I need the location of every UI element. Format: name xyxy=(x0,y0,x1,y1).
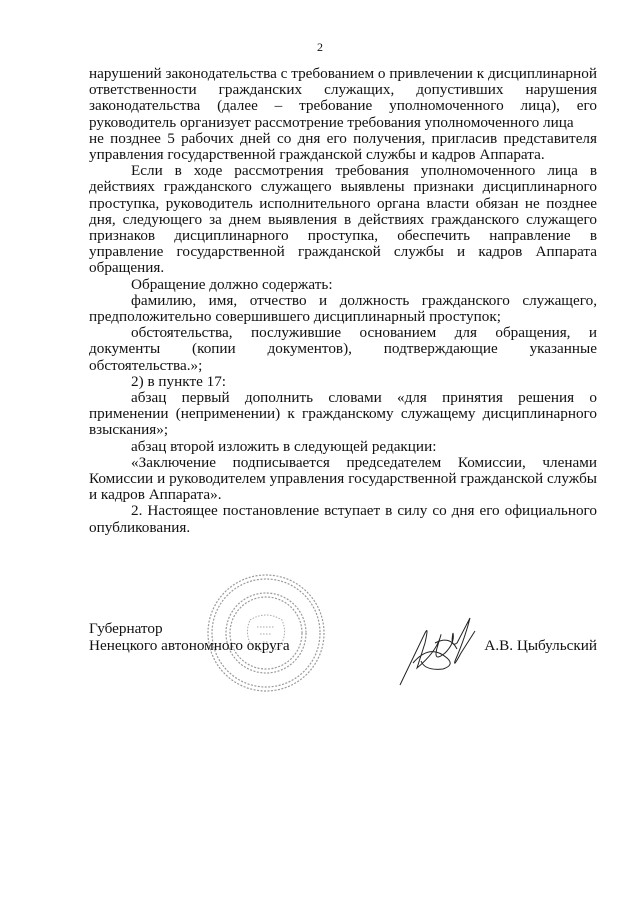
paragraph: обстоятельства, послужившие основанием д… xyxy=(89,325,597,374)
paragraph: «Заключение подписывается председателем … xyxy=(89,455,597,504)
paragraph: нарушений законодательства с требованием… xyxy=(89,66,597,131)
signatory-title: Губернатор xyxy=(89,620,290,637)
paragraph: Обращение должно содержать: xyxy=(89,277,597,293)
paragraph: 2. Настоящее постановление вступает в си… xyxy=(89,503,597,535)
document-body: нарушений законодательства с требованием… xyxy=(89,66,597,536)
paragraph: 2) в пункте 17: xyxy=(89,374,597,390)
paragraph: Если в ходе рассмотрения требования упол… xyxy=(89,163,597,276)
paragraph: не позднее 5 рабочих дней со дня его пол… xyxy=(89,131,597,163)
signatory-region: Ненецкого автономного округа xyxy=(89,637,290,654)
handwritten-signature-icon xyxy=(395,613,495,688)
page-number: 2 xyxy=(0,40,640,55)
paragraph: фамилию, имя, отчество и должность гражд… xyxy=(89,293,597,325)
signatory-name: А.В. Цыбульский xyxy=(484,637,597,654)
paragraph: абзац первый дополнить словами «для прин… xyxy=(89,390,597,439)
paragraph: абзац второй изложить в следующей редакц… xyxy=(89,439,597,455)
signature-block: Губернатор Ненецкого автономного округа … xyxy=(89,620,597,680)
